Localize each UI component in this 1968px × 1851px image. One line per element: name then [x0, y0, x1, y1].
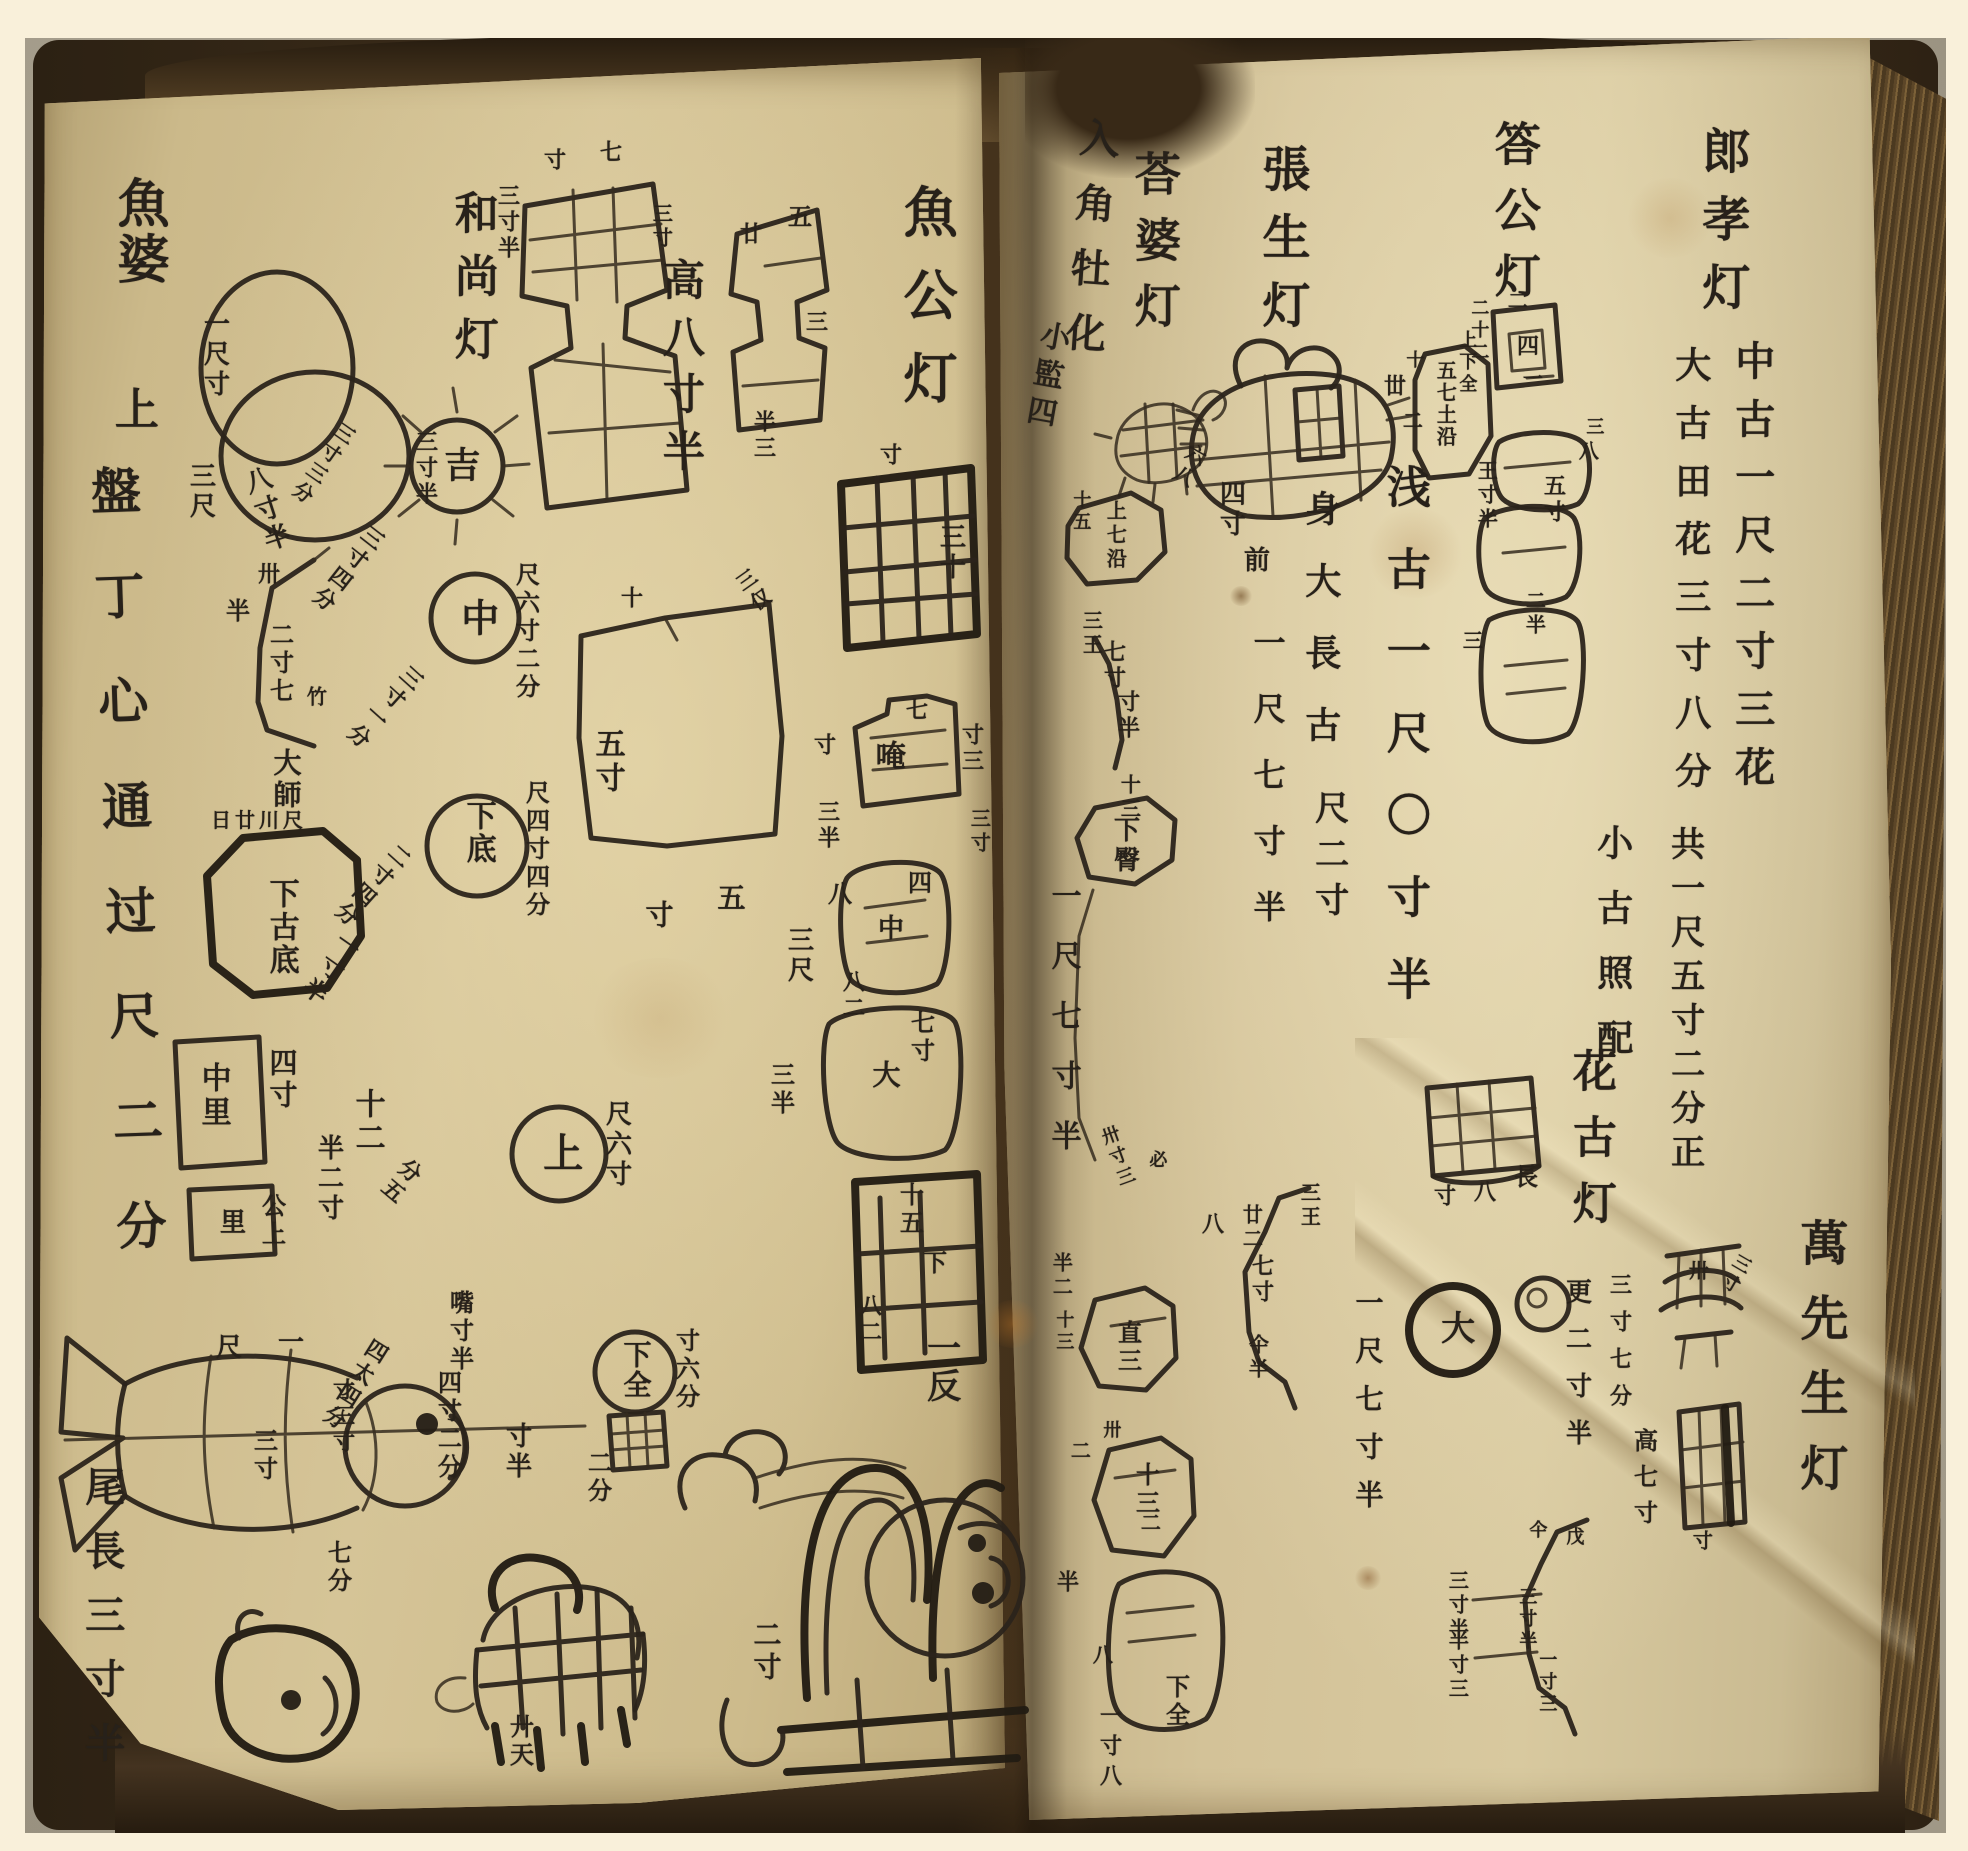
handwritten-annotation: 卅 [1687, 1260, 1707, 1284]
handwritten-annotation: 一尺七寸半 [1353, 1288, 1382, 1528]
handwritten-annotation: 六八 [1167, 440, 1209, 492]
title-zhangsheng-deng: 張生灯 [1257, 144, 1306, 348]
handwritten-annotation: 三寸半 [1517, 1587, 1535, 1653]
photo-frame: 魚婆上盤丁心通过尺二分一尺寸三尺八寸半和尚灯三寸半寸七三寸高八寸半五廿三半三魚公… [0, 0, 1968, 1851]
handwritten-annotation: 三寸 [1715, 1250, 1753, 1297]
handwritten-annotation: 小監四 [1019, 318, 1069, 436]
handwritten-annotation: 必 [1147, 1150, 1165, 1172]
handwritten-annotation: 八 [1091, 1644, 1111, 1668]
title-wanxiansheng-deng: 萬先生灯 [1795, 1218, 1844, 1518]
handwritten-annotation: 前 [1241, 546, 1268, 576]
handwritten-annotation: 三 [1584, 417, 1602, 439]
handwritten-annotation: 下臀 [1111, 816, 1138, 876]
handwritten-annotation: 十三 [1133, 1462, 1157, 1518]
handwritten-annotation: 一尺七寸半 [1251, 626, 1284, 956]
handwritten-annotation: 二 [1506, 290, 1526, 314]
handwritten-annotation: 寸 [1431, 1184, 1453, 1210]
handwritten-annotation: 上七沿 [1105, 500, 1125, 572]
handwritten-annotation: 一寸八 [1097, 1704, 1119, 1794]
handwritten-annotation: 三寸七分 [1607, 1273, 1629, 1421]
handwritten-annotation: 半 [1054, 1570, 1076, 1596]
handwritten-annotation: 半寸三 [1447, 1630, 1467, 1702]
handwritten-annotation: 八 [1471, 1180, 1493, 1206]
handwritten-annotation: 五七土沿 [1435, 360, 1455, 448]
handwritten-annotation: 上下全 [1457, 330, 1475, 396]
handwritten-annotation: 十 [1404, 350, 1422, 372]
handwritten-annotation: 八 [1199, 1212, 1221, 1238]
title-langxiao-deng: 郎孝灯 [1697, 126, 1746, 330]
handwritten-annotation: 一尺七寸半 [1047, 880, 1078, 1180]
handwritten-annotation: 長 [1511, 1164, 1535, 1192]
handwritten-annotation: 仐半 [1247, 1334, 1267, 1382]
handwritten-annotation: 二 [1069, 1440, 1089, 1464]
handwritten-annotation: 廿二 [1241, 1204, 1261, 1252]
title-dagong-deng: 答公灯 [1491, 120, 1538, 318]
handwritten-annotation: 共一尺五寸二分正 [1667, 826, 1702, 1178]
handwritten-annotation: 四寸 [1217, 480, 1244, 540]
handwritten-annotation: 八 [1577, 440, 1597, 464]
handwritten-annotation: 直三 [1115, 1320, 1139, 1376]
handwritten-annotation: 尺二寸 [1311, 790, 1346, 928]
handwritten-annotation: 更二寸半 [1563, 1278, 1590, 1466]
handwritten-annotation: 丗 [1381, 374, 1403, 400]
handwritten-annotation: 大 [1437, 1310, 1472, 1348]
handwritten-annotation: 三王 [1081, 610, 1101, 658]
handwritten-annotation: 小古照配 [1593, 824, 1630, 1084]
handwritten-annotation: 下全 [1163, 1674, 1187, 1730]
handwritten-annotation: 寸半 [1115, 690, 1137, 742]
handwritten-annotation: 浅古一尺〇寸半 [1381, 464, 1426, 1038]
handwritten-annotation: 十五 [1071, 490, 1089, 534]
title-huagu-deng: 花古灯 [1567, 1048, 1612, 1246]
handwritten-annotation: 戊 [1564, 1527, 1582, 1549]
handwritten-annotation: 王寸半 [1476, 460, 1496, 532]
handwritten-annotation: 卅寸三 [1097, 1124, 1137, 1192]
handwritten-annotation: 二 [1401, 410, 1421, 434]
handwritten-annotation: 四 [1514, 334, 1536, 360]
handwritten-annotation: 七寸 [1101, 640, 1123, 692]
right-page-annotations: 入角牡化小監四荅婆灯張生灯答公灯郎孝灯中古一尺二寸三花大古田花三寸八分共一尺五寸… [25, 38, 1946, 1833]
handwritten-annotation: 中古一尺二寸三花 [1731, 340, 1772, 804]
title-dapo-deng: 荅婆灯 [1131, 150, 1178, 348]
handwritten-annotation: 身大長古 [1301, 490, 1338, 778]
handwritten-annotation: 半二 [1051, 1252, 1071, 1300]
photograph: 魚婆上盤丁心通过尺二分一尺寸三尺八寸半和尚灯三寸半寸七三寸高八寸半五廿三半三魚公… [25, 38, 1946, 1833]
handwritten-annotation: 三王 [1299, 1182, 1319, 1230]
handwritten-annotation: 二半 [1524, 590, 1544, 638]
handwritten-annotation: 三 [1461, 630, 1481, 654]
handwritten-annotation: 高七寸 [1631, 1428, 1655, 1536]
handwritten-annotation: 十三 [1119, 774, 1139, 822]
handwritten-annotation: 一 [1521, 368, 1541, 392]
handwritten-annotation: 卅 [1101, 1420, 1119, 1442]
handwritten-annotation: 寸 [1691, 1530, 1711, 1554]
handwritten-annotation: 十三 [1054, 1310, 1072, 1354]
handwritten-annotation: 大古田花三寸八分 [1671, 346, 1708, 810]
handwritten-annotation: 仐 [1527, 1520, 1545, 1542]
handwritten-annotation: 七寸 [1249, 1254, 1271, 1306]
handwritten-annotation: 五寸 [1541, 474, 1563, 526]
handwritten-annotation: 二 [1139, 1512, 1159, 1536]
handwritten-annotation: 一寸三 [1537, 1650, 1555, 1716]
